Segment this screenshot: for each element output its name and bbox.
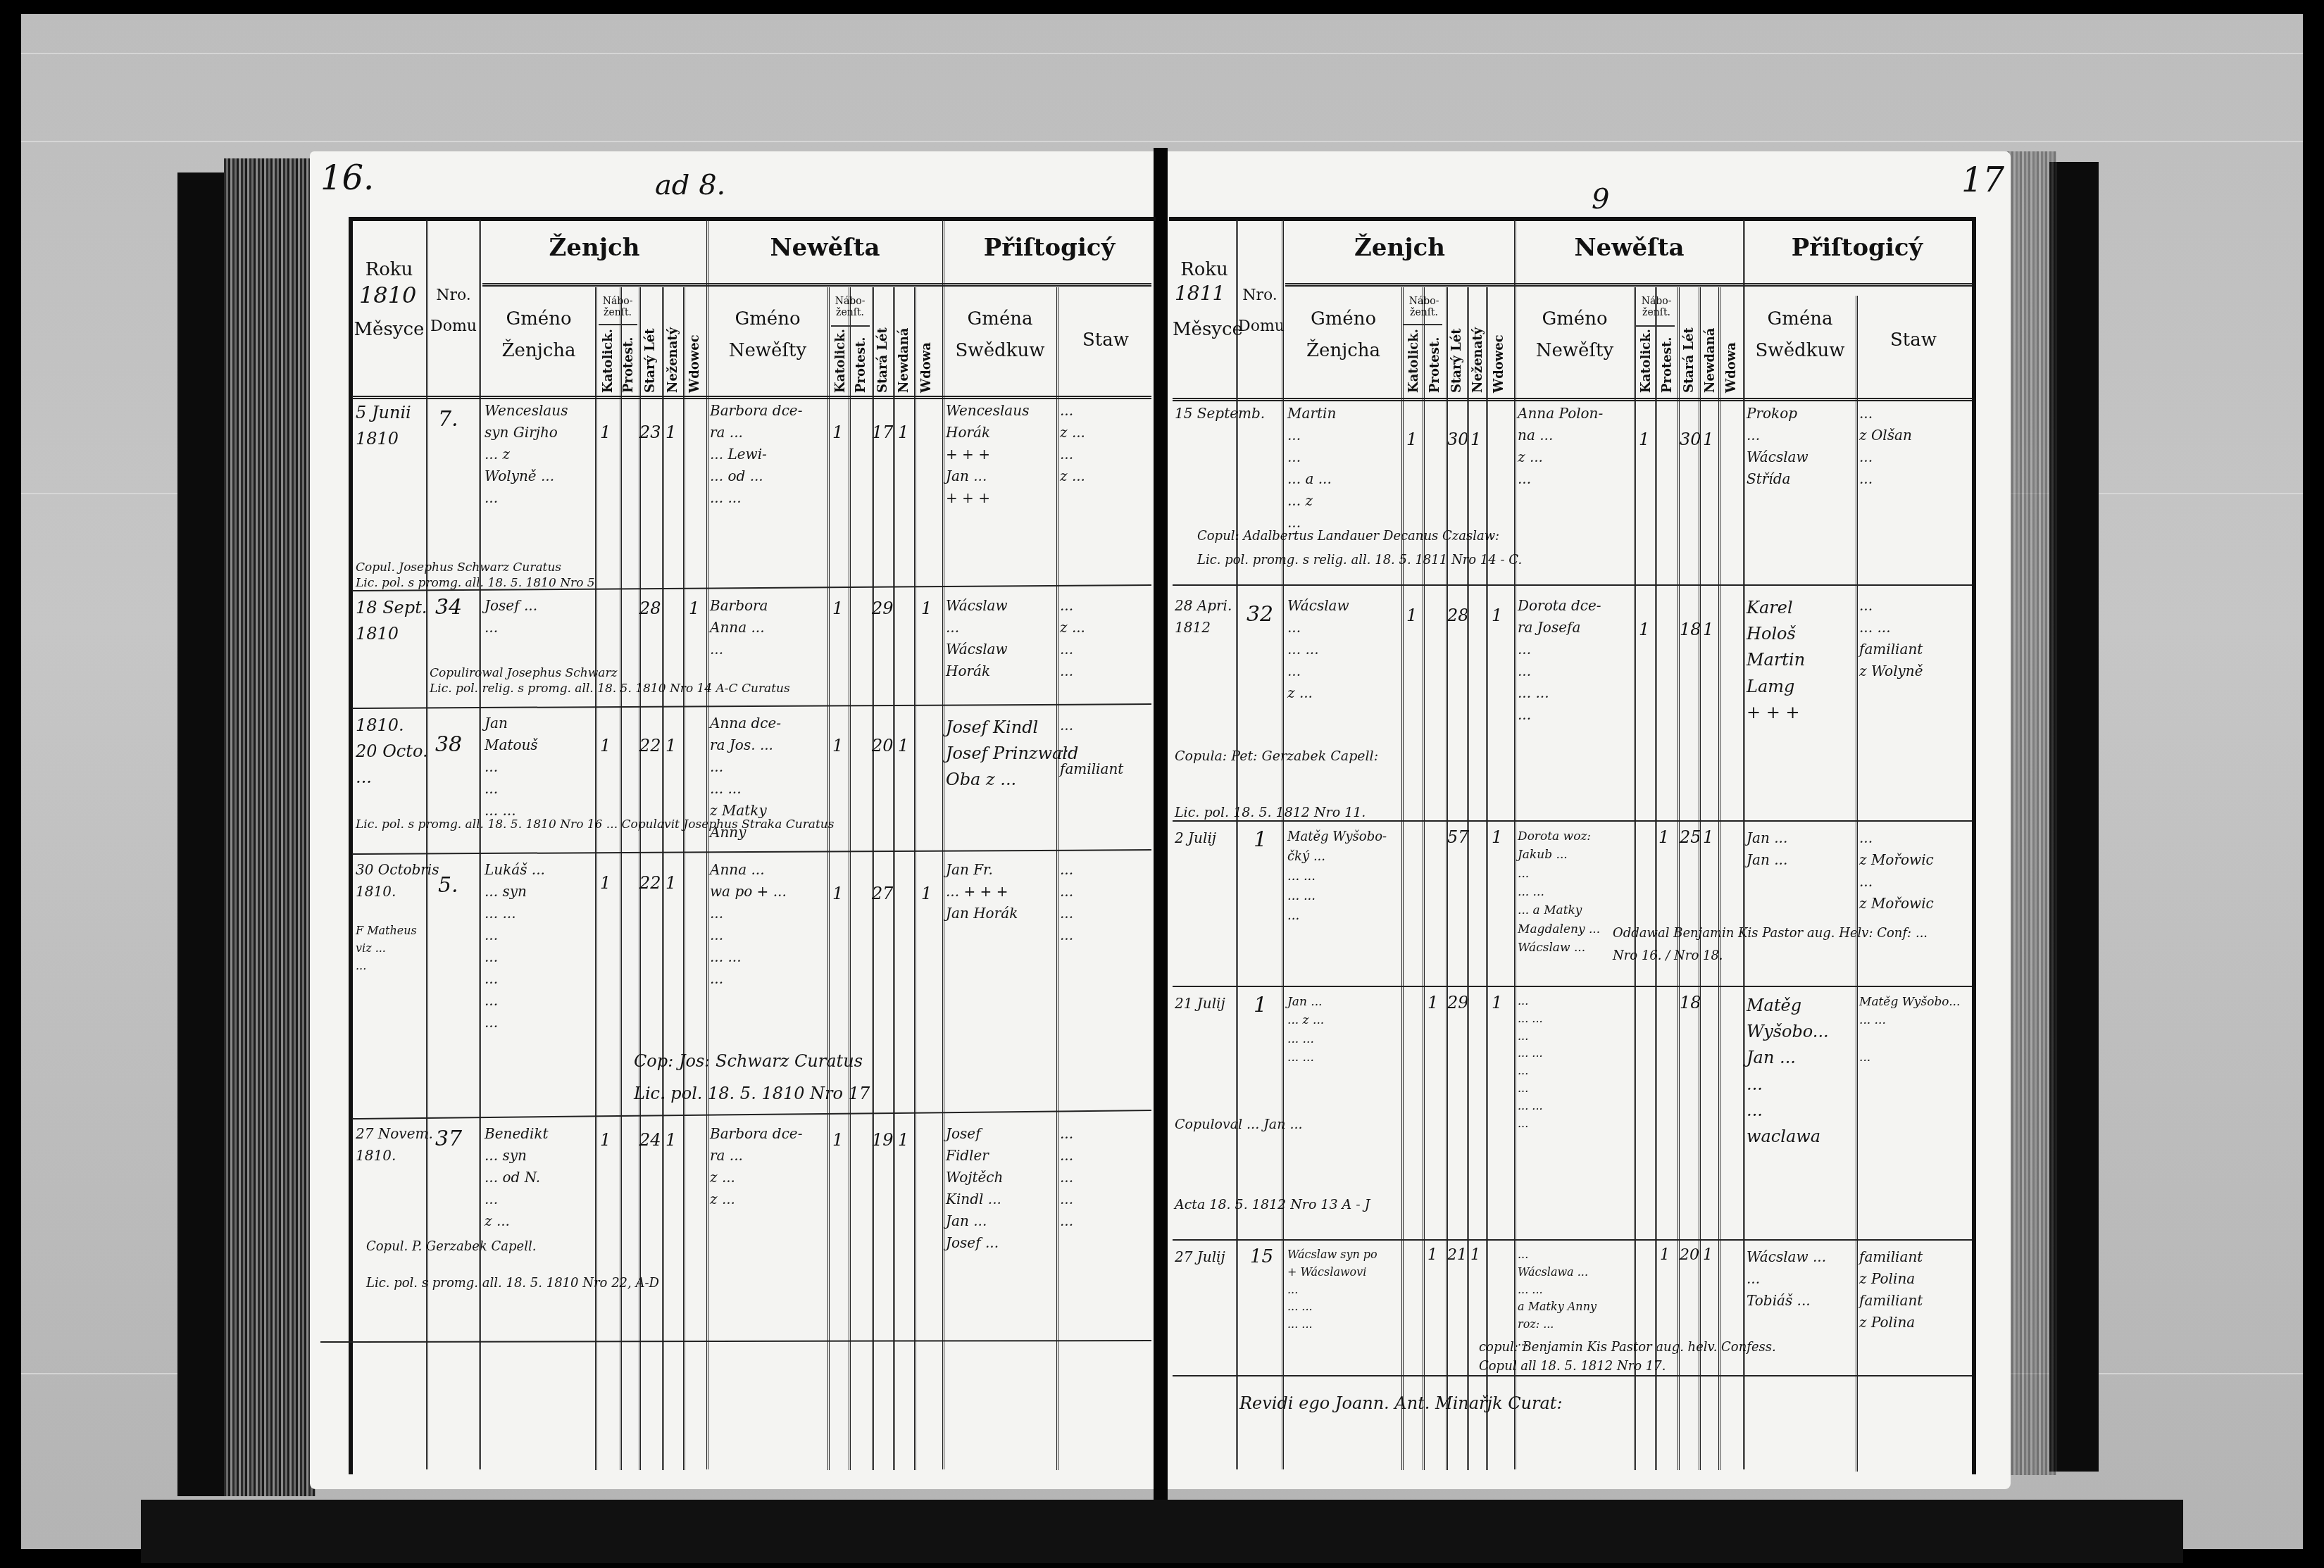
entry-status: ... z Olšan ... ... [1859,403,1912,490]
entry-date: 15 Septemb. [1175,403,1265,425]
header-year: 1811 [1175,278,1225,308]
entry-bride: Anna Polon- na ... z ... ... [1518,403,1603,490]
header-zenich: Ženjch [482,236,706,261]
entry-bride-widow: 1 [921,598,932,618]
entry-groom-widower: 1 [1492,606,1502,625]
entry-groom-age: 22 [639,736,661,755]
entry-witnesses: Karel Hološ Martin Lamg + + + [1747,595,1805,726]
entry-bride: ... Wácslawa ... ... ... a Matky Anny ro… [1518,1246,1597,1351]
entry-bride-age: 20 [872,736,894,755]
entry-groom: Wácslaw ... ... ... ... z ... [1287,595,1349,704]
header-zenich: Ženjch [1285,236,1514,261]
entry-groom-age: 29 [1447,993,1469,1012]
right-page-number: 9 [1592,183,1609,215]
entry-bride-single: 1 [1703,827,1713,847]
entry-groom-age: 23 [639,422,661,442]
entry-date: 18 Sept. 1810 [356,595,427,647]
header-protestant: Protest. [1660,330,1675,393]
entry-groom: Matěg Wyšobo- čký ... ... ... ... ... ..… [1287,827,1387,925]
header-bride-name-2: Newěſty [708,341,827,360]
entry-bride: Anna ... wa po + ... ... ... ... ... ... [710,859,787,990]
entry-bride-age: 25 [1680,827,1701,847]
entry-witnesses: Matěg Wyšobo... Jan ... ... ... waclawa [1747,993,1829,1150]
header-bride-name-1: Gméno [1516,310,1634,329]
entry-bride-catholic: 1 [832,598,843,618]
entry-groom-catholic: 1 [1406,606,1417,625]
entry-groom: Benedikt ... syn ... od N. ... z ... [485,1123,549,1232]
header-nezenaty: Neženatý [1470,317,1485,393]
header-groom-name-2: Ženjcha [482,341,595,360]
entry-bride-widow: 1 [921,884,932,903]
header-groom-name-1: Gméno [482,310,595,329]
entry-margin-note: F Matheus viz ... ... [356,922,417,974]
entry-status: familiant z Polina familiant z Polina [1859,1246,1923,1334]
entry-bride-single: 1 [1703,620,1713,639]
entry-groom-catholic: 1 [600,422,611,442]
entry-house-number: 1 [1254,993,1267,1017]
entry-bride-catholic: 1 [1658,827,1669,847]
entry-groom-widower: 1 [1492,993,1502,1012]
entry-groom-age: 24 [639,1130,661,1150]
header-domu: Domu [1238,318,1282,334]
entry-note: Copula: Pet: Gerzabek Capell: Lic. pol. … [1175,729,1378,841]
entry-bride-catholic: 1 [1639,429,1649,449]
header-nezenaty: Neženatý [666,317,680,393]
entry-status: ... z Mořowic ... z Mořowic [1859,827,1934,915]
entry-witnesses: Josef Fidler Wojtěch Kindl ... Jan ... J… [946,1123,1003,1254]
header-bride-name-2: Newěſty [1516,341,1634,360]
header-groom-name-1: Gméno [1285,310,1401,329]
entry-bride-single: 1 [898,1130,908,1150]
entry-date: 2 Julij [1175,827,1216,849]
entry-groom-single: 1 [1470,429,1481,449]
entry-date: 27 Novem. 1810. [356,1123,433,1167]
header-stary-let: Starý Lét [643,317,658,393]
header-nabozenstvi: Nábo-ženſt. [830,296,870,318]
header-stara-let: Stará Lét [1682,317,1697,393]
header-pristojici: Přiſtogicý [944,236,1155,261]
entry-groom: Wácslaw syn po + Wácslawovi ... ... ... … [1287,1246,1377,1334]
entry-bride-age: 27 [872,884,894,903]
header-witness-name-1: Gména [944,310,1056,329]
entry-house-number: 32 [1247,602,1273,627]
header-katolik: Katolick. [833,330,848,393]
entry-house-number: 1 [1254,827,1267,852]
header-nabozenstvi: Nábo-ženſt. [597,296,638,318]
entry-witnesses: Wenceslaus Horák + + + Jan ... + + + [946,400,1029,509]
page-edges-left [224,158,316,1496]
entry-groom-age: 30 [1447,429,1469,449]
entry-witnesses: Wácslaw ... ... Tobiáš ... [1747,1246,1826,1312]
book-cover-right [2049,162,2099,1472]
entry-note: Copul. P. Gerzabek Capell. Lic. pol. s p… [366,1229,659,1302]
header-vdovec: Wdowec [687,317,702,393]
entry-bride-age: 29 [872,598,894,618]
entry-groom-age: 57 [1447,827,1469,847]
entry-bride-catholic: 1 [1639,620,1649,639]
entry-groom-single: 1 [666,873,676,893]
entry-groom: Martin ... ... ... a ... ... z ... [1287,403,1336,534]
entry-bride-catholic: 1 [832,1130,843,1150]
header-stary-let: Starý Lét [1449,317,1464,393]
entry-groom-age: 28 [639,598,661,618]
entry-status: Matěg Wyšobo... ... ... ... [1859,993,1960,1067]
entry-groom-single: 1 [666,422,676,442]
entry-groom-catholic: 1 [1427,1246,1437,1264]
entry-groom-widower: 1 [689,598,699,618]
header-mesyce: Měsyce [1173,320,1236,339]
header-roku: Roku [352,261,426,280]
entry-note: Oddawal Benjamin Kis Pastor aug. Helv: C… [1613,922,1928,968]
entry-note: Copul: Adalbertus Landauer Decanus Czasl… [1197,525,1522,572]
entry-groom-age: 28 [1447,606,1469,625]
entry-bride-single: 1 [898,422,908,442]
entry-note: Copulirowal Josephus Schwarz Lic. pol. r… [430,665,790,696]
entry-groom: Josef ... ... [485,595,537,639]
left-page-number: ad 8. [655,169,725,201]
entry-bride: Barbora Anna ... ... [710,595,768,660]
entry-groom-single: 1 [666,736,676,755]
entry-groom-single: 1 [1470,1246,1480,1264]
entry-bride: Dorota woz: Jakub ... ... ... ... ... a … [1518,827,1600,957]
entry-groom-single: 1 [666,1130,676,1150]
header-witness-name-2: Swědkuw [1744,341,1856,360]
entry-bride: Barbora dce- ra ... ... Lewi- ... od ...… [710,400,802,509]
header-katolik: Katolick. [1639,330,1654,393]
entry-date: 5 Junii 1810 [356,400,411,452]
header-vdova: Wdowa [1724,317,1739,393]
header-groom-name-2: Ženjcha [1285,341,1401,360]
entry-bride: Dorota dce- ra Josefa ... ... ... ... ..… [1518,595,1601,726]
entry-bride-age: 18 [1680,620,1701,639]
header-mesyce: Měsyce [352,320,426,339]
entry-status: ... ... ... familiant z Wolyně [1859,595,1923,682]
revision-signature: Revidi ego Joann. Ant. Minařjk Curat: [1239,1391,1563,1417]
header-protestant: Protest. [621,330,636,393]
entry-date: 21 Julij [1175,993,1225,1015]
header-vdova: Wdowa [919,317,934,393]
entry-bride: ... ... ... ... ... ... ... ... ... ... … [1518,993,1543,1132]
entry-bride-age: 30 [1680,429,1701,449]
entry-bride-single: 1 [898,736,908,755]
entry-house-number: 37 [435,1127,462,1151]
entry-witnesses: Jan ... Jan ... [1747,827,1787,871]
header-protestant: Protest. [854,330,868,393]
header-nro: Nro. [1238,287,1282,303]
entry-groom-catholic: 1 [600,873,611,893]
entry-status: ... z ... ... z ... [1060,400,1085,487]
header-katolik: Katolick. [601,330,616,393]
entry-status: ... z ... ... ... [1060,595,1085,682]
header-bride-name-1: Gméno [708,310,827,329]
entry-groom-catholic: 1 [600,736,611,755]
entry-groom-widower: 1 [1492,827,1502,847]
entry-date: 1810. 20 Octo. ... [356,713,428,791]
entry-status: ... ... ... ... [1060,859,1073,946]
header-vdovec: Wdowec [1492,317,1506,393]
entry-bride-catholic: 1 [832,422,843,442]
entry-date: 27 Julij [1175,1246,1225,1268]
page-edges-right [2007,151,2056,1475]
entry-groom-age: 21 [1447,1246,1467,1264]
left-folio-mark: 16. [320,158,374,198]
header-witness-name-1: Gména [1744,310,1856,329]
entry-house-number: 38 [435,732,462,757]
header-protestant: Protest. [1427,330,1442,393]
entry-bride-catholic: 1 [1660,1246,1670,1264]
right-folio-mark: 17 [1961,161,2004,200]
entry-note: Cop: Jos: Schwarz Curatus Lic. pol. 18. … [634,1046,870,1110]
header-stav: Staw [1857,331,1970,350]
entry-groom-catholic: 1 [1406,429,1417,449]
header-nro: Nro. [428,287,479,303]
book-bottom-shadow [141,1500,2183,1563]
entry-groom: Lukáš ... ... syn ... ... ... ... ... ..… [485,859,545,1034]
entry-witnesses: Josef Kindl Josef Prinzwald Oba z ... [946,715,1078,794]
entry-witnesses: Jan Fr. ... + + + Jan Horák [946,859,1018,924]
header-nevdana: Newdaná [1703,317,1718,393]
header-year: 1810 [359,278,416,313]
entry-bride: Barbora dce- ra ... z ... z ... [710,1123,802,1210]
entry-house-number: 7. [438,407,458,432]
entry-bride-age: 17 [872,422,894,442]
header-pristojici: Přiſtogicý [1744,236,1970,261]
entry-note: Lic. pol. s promg. all. 18. 5. 1810 Nro … [356,817,1130,832]
entry-house-number: 34 [435,595,462,620]
entry-groom: Jan Matouš ... ... ... ... [485,713,538,822]
scan-line [21,141,2303,142]
entry-groom-catholic: 1 [1427,993,1438,1012]
header-nevdana: Newdaná [897,317,911,393]
book-gutter [1154,148,1168,1500]
entry-bride-age: 20 [1680,1246,1699,1264]
entry-bride-single: 1 [1703,429,1713,449]
header-witness-name-2: Swědkuw [944,341,1056,360]
entry-note: Copul. Josephus Schwarz Curatus Lic. pol… [356,560,595,591]
entry-house-number: 5. [438,873,458,898]
entry-status: ... ... ... ... ... [1060,1123,1073,1232]
header-nevesta: Newěſta [708,236,942,261]
entry-bride-single: 1 [1703,1246,1713,1264]
entry-status: ... ... familiant [1060,715,1123,780]
header-stara-let: Stará Lét [875,317,890,393]
header-stav: Staw [1056,331,1155,350]
entry-date: 30 Octobris 1810. [356,859,439,903]
entry-witnesses: Wácslaw ... Wácslaw Horák [946,595,1008,682]
header-domu: Domu [428,318,479,334]
header-nabozenstvi: Nábo-ženſt. [1404,296,1444,318]
header-nevesta: Newěſta [1516,236,1743,261]
entry-note: copul: Benjamin Kis Pastor aug. helv. Co… [1479,1338,1776,1376]
header-katolik: Katolick. [1406,330,1421,393]
scan-line [21,53,2303,54]
entry-bride-catholic: 1 [832,884,843,903]
entry-house-number: 15 [1250,1246,1273,1267]
entry-groom: Wenceslaus syn Girjho ... z Wolyně ... .… [485,400,568,509]
entry-groom-catholic: 1 [600,1130,611,1150]
entry-note: Copuloval ... Jan ... Acta 18. 5. 1812 N… [1175,1084,1370,1245]
entry-bride-catholic: 1 [832,736,843,755]
entry-date: 28 Apri. 1812 [1175,595,1232,639]
entry-bride-age: 19 [872,1130,894,1150]
entry-groom: Jan ... ... z ... ... ... ... ... [1287,993,1324,1067]
header-nabozenstvi: Nábo-ženſt. [1636,296,1677,318]
header-roku: Roku [1173,261,1236,280]
entry-bride-age: 18 [1680,993,1701,1012]
entry-groom-age: 22 [639,873,661,893]
entry-witnesses: Prokop ... Wácslaw Střída [1747,403,1808,490]
